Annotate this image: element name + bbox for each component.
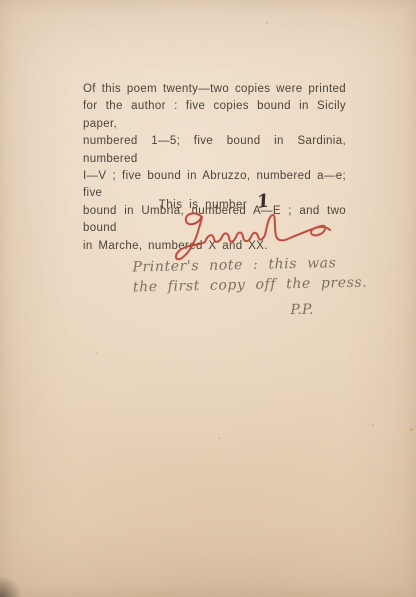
paper-speck: [218, 437, 220, 439]
colophon-line: for the author : five copies bound in Si…: [83, 98, 346, 133]
paper-speck: [409, 428, 413, 431]
printers-note: Printer's note : this was the first copy…: [132, 254, 368, 324]
colophon-line: numbered 1—5; five bound in Sardinia, nu…: [83, 133, 346, 168]
printer-initials: P.P.: [133, 300, 368, 324]
colophon-line: Of this poem twenty—two copies were prin…: [83, 81, 346, 98]
printers-note-line: the first copy off the press.: [133, 273, 368, 297]
paper-speck: [96, 352, 98, 354]
paper-speck: [266, 22, 268, 24]
book-page: Of this poem twenty—two copies were prin…: [0, 0, 416, 597]
paper-speck: [372, 424, 374, 426]
